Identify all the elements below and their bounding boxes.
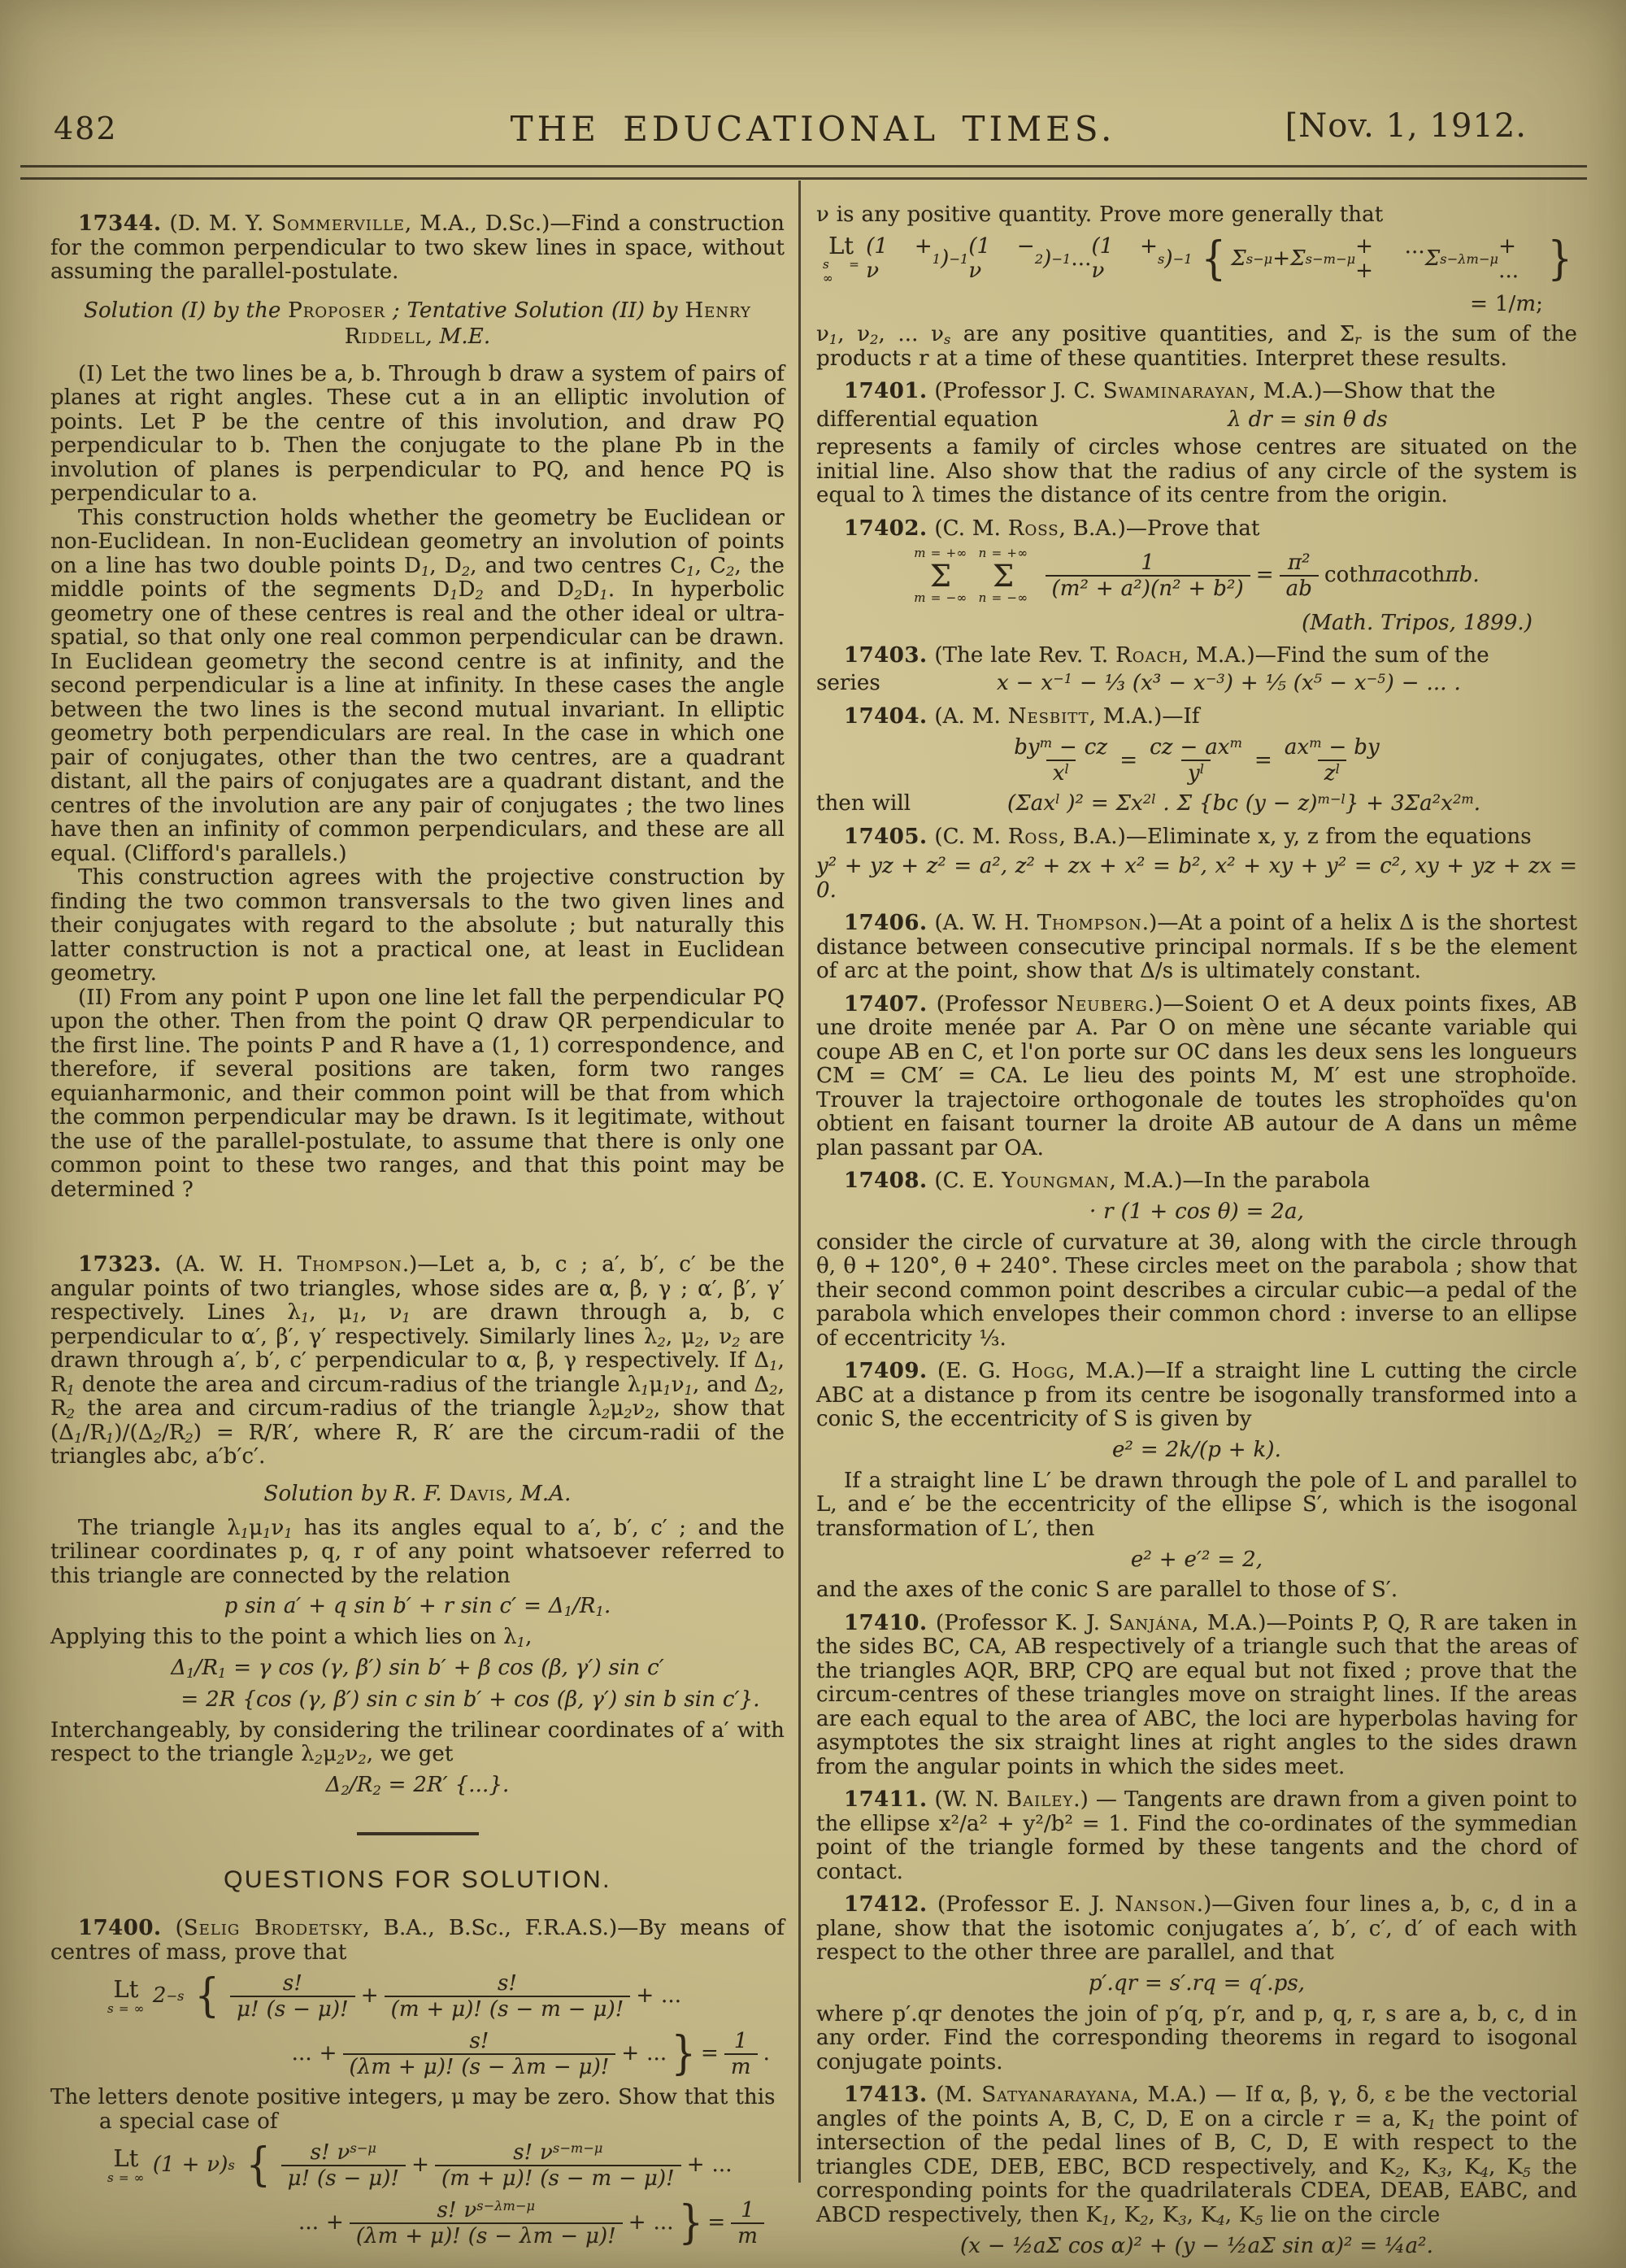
spacer: [50, 350, 785, 363]
denominator: yl: [1181, 760, 1211, 785]
paragraph: This construction agrees with the projec…: [50, 866, 785, 986]
subscript: 1: [301, 1310, 309, 1326]
operator: Lt: [113, 1977, 138, 2001]
left-column: 17344. (D. M. Y. Sommerville, M.A., D.Sc…: [50, 203, 785, 2255]
denominator: μ! (s − μ)!: [281, 2165, 406, 2190]
numerator: 1: [1134, 551, 1161, 575]
fraction: s!(λm + μ)! (s − λm − μ)!: [343, 2030, 616, 2079]
math-text: l: [1336, 761, 1340, 777]
author-name: Ross: [1008, 825, 1059, 849]
big-brace: }: [1548, 239, 1572, 280]
math-text: m: [737, 2224, 758, 2248]
numerator: axm − by: [1278, 736, 1386, 760]
lower-limit: n = −∞: [979, 591, 1028, 605]
math-text: cz: [1085, 735, 1107, 760]
math-text: π²: [1288, 551, 1311, 575]
subscript: 1: [596, 1604, 604, 1619]
formula-line: Lts = ∞(1 + ν)s{s! νs−μμ! (s − μ)! + s! …: [50, 2140, 785, 2192]
journal-page: 482 THE EDUCATIONAL TIMES. [Nov. 1, 1912…: [0, 0, 1626, 2268]
fraction: cz − axmyl: [1143, 736, 1249, 785]
math-text: (1 − ν: [968, 235, 1034, 283]
math-text: (m + μ)! (s − m − μ)!: [441, 2166, 675, 2191]
math-text: ... +: [292, 2042, 337, 2066]
lower-limit: s = ∞: [107, 2002, 145, 2016]
math-text: by: [1014, 735, 1040, 760]
denominator: ab: [1280, 575, 1319, 600]
math-text: πb.: [1445, 564, 1479, 588]
math-text: Σ: [1425, 247, 1440, 272]
author-name: Hogg: [1011, 1359, 1068, 1383]
formula-line: bym − czxl = cz − axmyl = axm − byzl: [816, 734, 1577, 786]
formula-text: (x − ½aΣ cos α)² + (y − ½aΣ sin α)² = ¼a…: [960, 2235, 1433, 2259]
problem-17405: 17405. (C. M. Ross, B.A.)—Eliminate x, y…: [816, 825, 1577, 850]
superscript: m−l: [1318, 791, 1346, 807]
problem-number: 17408.: [844, 1169, 928, 1193]
superscript: s−λm−μ: [476, 2198, 535, 2214]
display-formula: (x − ½aΣ cos α)² + (y − ½aΣ sin α)² = ¼a…: [816, 2233, 1577, 2259]
issue-date: [Nov. 1, 1912.: [1285, 107, 1527, 145]
problem-number: 17412.: [844, 1892, 928, 1917]
numerator: 1: [734, 2199, 761, 2222]
math-text: Σ: [1231, 247, 1246, 272]
spacer: [50, 1895, 785, 1908]
subscript: s: [944, 332, 950, 347]
problem-number: 17404.: [844, 704, 928, 729]
superscript: s−μ: [350, 2140, 376, 2156]
author-name: Neuberg: [1056, 992, 1147, 1016]
separator-rule: [357, 1832, 479, 1835]
subscript: 2: [646, 1406, 654, 1421]
numerator: s!: [463, 2030, 495, 2053]
denominator: (λm + μ)! (s − λm − μ)!: [343, 2053, 616, 2079]
problem-17410: 17410. (Professor K. J. Sanjána, M.A.)—P…: [816, 1612, 1577, 1780]
subscript: 2: [870, 332, 878, 347]
author-name: Sanjána: [1109, 1611, 1193, 1635]
math-text: s−λm−μ: [476, 2198, 535, 2214]
fraction: 1m: [731, 2199, 764, 2248]
math-text: (1 + ν: [1091, 235, 1157, 283]
formula-text: Δ1/R1 = γ cos (γ, β′) sin b′ + β cos (β,…: [171, 1656, 664, 1681]
paragraph: If a straight line L′ be drawn through t…: [816, 1469, 1577, 1542]
math-text: −1: [1051, 251, 1071, 267]
attribution: (Math. Tripos, 1899.): [816, 611, 1577, 635]
display-formula: p′.qr = s′.rq = q′.ps,: [816, 1971, 1577, 1997]
formula-text: = 2R {cos (γ, β′) sin c sin b′ + cos (β,…: [180, 1688, 759, 1713]
spacer: [50, 1507, 785, 1517]
math-text: s−μ: [350, 2140, 376, 2156]
superscript: −5: [1367, 671, 1386, 686]
subscript: 2: [476, 587, 484, 603]
subscript: 1: [263, 1526, 271, 1541]
math-text: +: [1272, 247, 1290, 272]
superscript: m: [1040, 735, 1052, 751]
math-text: −s: [166, 1988, 184, 2004]
display-formula: e² + e′² = 2,: [816, 1547, 1577, 1573]
math-text: coth: [1398, 564, 1446, 588]
math-text: m: [731, 2055, 751, 2079]
math-text: + ...: [628, 2211, 674, 2235]
math-text: −: [1322, 735, 1354, 760]
numerator: s!: [276, 1972, 309, 1996]
formula-text: λ dr = sin θ ds: [1038, 408, 1577, 433]
math-text: z: [1324, 761, 1336, 786]
superscript: l: [1200, 761, 1204, 777]
denominator: (m + μ)! (s − m − μ)!: [385, 1996, 631, 2021]
math-text: =: [701, 2042, 719, 2066]
formula-text: p sin a′ + q sin b′ + r sin c′ = Δ1/R1.: [224, 1595, 611, 1619]
formula-line: = 1/m ;: [816, 291, 1577, 317]
subscript: 1: [517, 1635, 525, 1650]
subscript: 1: [685, 1382, 693, 1398]
subscript: 2: [769, 1382, 777, 1398]
operator: Σ: [993, 561, 1014, 591]
right-column: ν is any positive quantity. Prove more g…: [816, 203, 1577, 2265]
author-name: Swaminarayan: [1103, 379, 1250, 403]
display-formula: bym − czxl = cz − axmyl = axm − byzl: [816, 734, 1577, 786]
fraction: s!μ! (s − μ)!: [230, 1972, 355, 2021]
author-name: Sommerville: [272, 211, 405, 236]
subscript: 1: [769, 1358, 777, 1373]
subscript: 2: [154, 1430, 162, 1446]
problem-number: 17403.: [844, 643, 928, 668]
display-formula: Δ1/R1 = γ cos (γ, β′) sin b′ + β cos (β,…: [50, 1656, 785, 1682]
spacer: [50, 1804, 785, 1827]
subscript: 5: [1523, 2165, 1531, 2180]
subscript: 2: [1395, 2165, 1403, 2180]
math-text: Σ: [1290, 247, 1305, 272]
math-text: +: [361, 1984, 379, 2009]
formula-text: e² = 2k/(p + k).: [1112, 1439, 1281, 1463]
math-text: =: [1254, 749, 1272, 773]
section-heading: QUESTIONS FOR SOLUTION.: [50, 1868, 785, 1892]
problem-number: 17407.: [844, 992, 928, 1016]
subscript: 4: [1216, 2213, 1224, 2228]
formula-text: Δ2/R2 = 2R′ {...}.: [326, 1774, 510, 1798]
math-text: −: [1173, 735, 1206, 760]
problem-17411: 17411. (W. N. Bailey.) — Tangents are dr…: [816, 1788, 1577, 1884]
problem-17412: 17412. (Professor E. J. Nanson.)—Given f…: [816, 1893, 1577, 1965]
math-text: + ...: [1498, 235, 1543, 283]
subscript: 1: [600, 587, 608, 603]
superscript: l: [1064, 761, 1068, 777]
subscript: 1: [74, 1430, 82, 1446]
subscript: 2: [67, 1406, 75, 1421]
problem-number: 17411.: [844, 1787, 928, 1812]
denominator: μ! (s − μ)!: [230, 1996, 355, 2021]
problem-number: 17409.: [844, 1359, 928, 1383]
subscript: 1: [106, 1430, 114, 1446]
math-text: 1: [741, 2198, 754, 2222]
operator: Lt: [828, 233, 854, 258]
subscript: 1: [421, 564, 429, 579]
author-name: Nesbitt: [1008, 704, 1089, 729]
display-formula: Lts = ∞(1 + ν)s{s! νs−μμ! (s − μ)! + s! …: [50, 2140, 785, 2249]
subscript: 5: [1255, 2213, 1263, 2228]
superscript: 2l: [1143, 791, 1156, 807]
display-formula: y² + yz + z² = a², z² + zx + x² = b², x²…: [816, 855, 1577, 903]
math-text: (1 + ν): [153, 2153, 228, 2178]
subscript: 1: [241, 1526, 249, 1541]
math-text: .: [763, 2042, 770, 2066]
lower-limit: m = −∞: [914, 591, 967, 605]
subscript: 4: [1480, 2165, 1489, 2180]
math-text: 1: [933, 251, 941, 267]
problem-17402: 17402. (C. M. Ross, B.A.)—Prove that: [816, 517, 1577, 542]
superscript: s−m−μ: [553, 2140, 603, 2156]
math-text: ab: [1286, 577, 1312, 601]
author-name: Nanson: [1115, 1892, 1196, 1917]
subscript: 2: [1140, 2213, 1148, 2228]
numerator: s! νs−λm−μ: [431, 2199, 542, 2222]
math-text: s! ν: [437, 2198, 477, 2222]
fraction: s!(m + μ)! (s − m − μ)!: [385, 1972, 631, 2021]
math-text: =: [707, 2211, 725, 2235]
math-text: s: [228, 2157, 234, 2173]
problem-17344: 17344. (D. M. Y. Sommerville, M.A., D.Sc…: [50, 212, 785, 285]
math-text: πa: [1372, 564, 1398, 588]
math-text: x: [1053, 761, 1065, 786]
denominator: zl: [1318, 760, 1346, 785]
formula-label: differential equation: [816, 408, 1038, 433]
display-formula: m = +∞Σm = −∞n = +∞Σn = −∞1(m² + a²)(n² …: [816, 546, 1577, 605]
superscript: −1: [1053, 671, 1072, 686]
math-text: 1: [1141, 551, 1154, 575]
math-text: ): [941, 247, 949, 272]
fraction: 1m: [724, 2030, 758, 2079]
numerator: 1: [728, 2030, 754, 2053]
lower-limit: s = ∞: [107, 2171, 145, 2185]
paragraph: represents a family of circles whose cen…: [816, 436, 1577, 508]
formula-text: (Σaxl )² = Σx2l . Σ {bc (y − z)m−l} + 3Σ…: [911, 792, 1577, 816]
denominator: xl: [1046, 760, 1076, 785]
math-text: + ...: [636, 1984, 681, 2009]
subscript: 2: [657, 1334, 665, 1350]
subscript: 1: [686, 564, 694, 579]
limit-operator: m = +∞Σm = −∞: [914, 546, 967, 605]
problem-number: 17405.: [844, 825, 928, 849]
display-formula: · r (1 + cos θ) = 2a,: [816, 1199, 1577, 1225]
display-formula: Δ2/R2 = 2R′ {...}.: [50, 1773, 785, 1799]
subscript: 2: [337, 1752, 345, 1767]
operator: Lt: [113, 2146, 138, 2170]
paragraph: Interchangeably, by considering the tril…: [50, 1719, 785, 1767]
author-name: Satyanarayana: [981, 2083, 1132, 2107]
fraction: s! νs−m−μ(m + μ)! (s − m − μ)!: [435, 2141, 681, 2190]
math-text: (m² + a²)(n² + b²): [1052, 577, 1244, 601]
math-text: m: [1230, 735, 1242, 751]
display-formula: Lts = ∞(1 + ν1)−1(1 − ν2)−1 ... (1 + νs)…: [816, 233, 1577, 318]
problem-17407: 17407. (Professor Neuberg.)—Soient O et …: [816, 993, 1577, 1161]
paragraph: ν is any positive quantity. Prove more g…: [816, 203, 1577, 228]
math-text: (m + μ)! (s − m − μ)!: [391, 1997, 624, 2022]
problem-17401: 17401. (Professor J. C. Swaminarayan, M.…: [816, 380, 1577, 404]
formula-line: Lts = ∞2−s{s!μ! (s − μ)! + s!(m + μ)! (s…: [50, 1970, 785, 2022]
math-text: μ! (s − μ)!: [288, 2166, 400, 2191]
superscript: l: [1055, 791, 1059, 807]
spacer: [50, 1469, 785, 1481]
subscript: 1: [352, 1310, 360, 1326]
math-text: s! ν: [513, 2140, 553, 2165]
math-text: s! ν: [311, 2140, 350, 2165]
solution-byline: Solution (I) by the Proposer ; Tentative…: [50, 298, 785, 324]
operator: Σ: [930, 561, 951, 591]
subscript: 3: [1178, 2213, 1186, 2228]
paragraph: and the axes of the conic S are parallel…: [816, 1578, 1577, 1603]
superscript: 2m: [1453, 791, 1474, 807]
subscript: 2: [574, 587, 582, 603]
fraction: s! νs−μμ! (s − μ)!: [281, 2141, 406, 2190]
math-text: by: [1354, 735, 1380, 760]
math-text: 2: [153, 1984, 167, 2009]
author-name: Riddell: [345, 324, 426, 349]
display-formula: = 2R {cos (γ, β′) sin c sin b′ + cos (β,…: [50, 1687, 785, 1713]
author-name: Youngman: [1002, 1169, 1109, 1193]
author-name: Roach: [1115, 643, 1182, 668]
math-text: ax: [1205, 735, 1229, 760]
math-text: (λm + μ)! (s − λm − μ)!: [350, 2055, 610, 2079]
math-text: coth: [1324, 564, 1372, 588]
problem-number: 17410.: [844, 1611, 928, 1635]
author-name: Henry: [685, 298, 750, 323]
subscript: 1: [450, 587, 458, 603]
math-text: m: [1040, 735, 1052, 751]
big-brace: }: [672, 2034, 696, 2074]
subscript: 1: [284, 1526, 292, 1541]
author-name: Thompson: [1037, 911, 1142, 935]
fraction: axm − byzl: [1278, 736, 1386, 785]
math-text: ax: [1285, 735, 1309, 760]
formula-text: y² + yz + z² = a², z² + zx + x² = b², x²…: [816, 855, 1577, 903]
math-text: l: [1200, 761, 1204, 777]
denominator: m: [724, 2053, 758, 2079]
problem-17400: 17400. (Selig Brodetsky, B.A., B.Sc., F.…: [50, 1917, 785, 1965]
lower-limit: s = ∞: [823, 258, 859, 286]
formula-line: then will(Σaxl )² = Σx2l . Σ {bc (y − z)…: [816, 792, 1577, 816]
math-text: + ... +: [1355, 235, 1425, 283]
subscript: 1: [218, 1665, 226, 1681]
subscript: 1: [1102, 2213, 1110, 2228]
math-text: l: [1064, 761, 1068, 777]
math-text: ... +: [298, 2211, 344, 2235]
paragraph: where p′.qr denotes the join of p′q, p′r…: [816, 2003, 1577, 2075]
subscript: 3: [1438, 2165, 1446, 2180]
math-text: cz: [1150, 735, 1172, 760]
formula-label: series: [816, 672, 880, 696]
limit-operator: Lts = ∞: [107, 2146, 145, 2185]
paragraph: (II) From any point P upon one line let …: [50, 986, 785, 1203]
problem-17409: 17409. (E. G. Hogg, M.A.)—If a straight …: [816, 1360, 1577, 1432]
problem-number: 17344.: [78, 211, 162, 236]
subscript: 2: [315, 1752, 323, 1767]
formula-line: m = +∞Σm = −∞n = +∞Σn = −∞1(m² + a²)(n² …: [816, 546, 1577, 605]
formula-line: Lts = ∞(1 + ν1)−1(1 − ν2)−1 ... (1 + νs)…: [816, 233, 1577, 286]
subscript: 1: [402, 1310, 411, 1326]
denominator: (λm + μ)! (s − λm − μ)!: [350, 2222, 623, 2248]
solution-byline: Solution by R. F. Davis, M.A.: [50, 1481, 785, 1507]
problem-17404: 17404. (A. M. Nesbitt, M.A.)—If: [816, 705, 1577, 729]
subscript: 2: [602, 1406, 610, 1421]
spacer: [50, 1840, 785, 1865]
paragraph: ν1, ν2, ... νs are any positive quantiti…: [816, 323, 1577, 371]
numerator: bym − cz: [1007, 736, 1114, 760]
math-text: = 1/: [1470, 293, 1515, 317]
paragraph: a special case of: [50, 2110, 785, 2135]
math-text: ;: [1536, 293, 1543, 317]
numerator: s!: [491, 1972, 524, 1996]
author-name: Bailey: [1006, 1787, 1073, 1812]
problem-17408: 17408. (C. E. Youngman, M.A.)—In the par…: [816, 1169, 1577, 1194]
problem-17403: 17403. (The late Rev. T. Roach, M.A.)—Fi…: [816, 644, 1577, 668]
big-brace: {: [1202, 239, 1226, 280]
display-formula: Lts = ∞2−s{s!μ! (s − μ)! + s!(m + μ)! (s…: [50, 1970, 785, 2080]
math-text: s−λm−μ: [1440, 251, 1498, 267]
author-name: Thompson: [298, 1252, 402, 1277]
problem-number: 17406.: [844, 911, 928, 935]
column-divider: [798, 181, 801, 2183]
header-rule: [20, 165, 1587, 180]
paragraph: Applying this to the point a which lies …: [50, 1626, 785, 1650]
paragraph: (I) Let the two lines be a, b. Through b…: [50, 363, 785, 507]
paragraph: The triangle λ1μ1ν1 has its angles equal…: [50, 1517, 785, 1589]
math-text: =: [1120, 749, 1137, 773]
math-text: 2: [1035, 251, 1043, 267]
subscript: 2: [462, 564, 470, 579]
paragraph: The letters denote positive integers, μ …: [50, 2086, 785, 2110]
math-text: −: [1052, 735, 1085, 760]
math-text: +: [411, 2153, 429, 2178]
math-text: s!: [469, 2029, 489, 2053]
math-text: ...: [1071, 247, 1091, 272]
spacer: [50, 1202, 785, 1244]
math-text: m: [1309, 735, 1321, 751]
subscript: 2: [372, 1783, 380, 1798]
formula-line: differential equationλ dr = sin θ ds: [816, 408, 1577, 433]
limit-operator: Lts = ∞: [823, 233, 859, 286]
math-text: ): [1164, 247, 1172, 272]
fraction: bym − czxl: [1007, 736, 1114, 785]
numerator: cz − axm: [1143, 736, 1249, 760]
superscript: m: [1309, 735, 1321, 751]
math-text: s−m−μ: [553, 2140, 603, 2156]
limit-operator: Lts = ∞: [107, 1977, 145, 2016]
math-text: s!: [498, 1971, 517, 1996]
problem-17323: 17323. (A. W. H. Thompson.)—Let a, b, c …: [50, 1253, 785, 1469]
display-formula: p sin a′ + q sin b′ + r sin c′ = Δ1/R1.: [50, 1594, 785, 1620]
big-brace: }: [678, 2203, 702, 2244]
math-text: s!: [283, 1971, 302, 1996]
subscript: 1: [829, 332, 837, 347]
math-text: s−μ: [1246, 251, 1273, 267]
numerator: s! νs−m−μ: [506, 2141, 609, 2165]
big-brace: {: [195, 1976, 220, 2017]
math-text: s−m−μ: [1306, 251, 1356, 267]
superscript: m: [1230, 735, 1242, 751]
author-name: Proposer: [288, 298, 385, 323]
math-text: (1 + ν: [866, 235, 932, 283]
math-text: + ...: [621, 2042, 667, 2066]
superscript: −3: [1206, 671, 1225, 686]
formula-text: · r (1 + cos θ) = 2a,: [1089, 1200, 1304, 1225]
subscript: 1: [186, 1665, 194, 1681]
paragraph: consider the circle of curvature at 3θ, …: [816, 1231, 1577, 1352]
formula-text: x − x−1 − ⅓ (x³ − x−3) + ⅕ (x⁵ − x−5) − …: [880, 672, 1577, 696]
fraction: π²ab: [1280, 551, 1319, 600]
subscript: 2: [726, 564, 734, 579]
problem-number: 17402.: [844, 516, 928, 541]
math-text: y: [1188, 761, 1200, 786]
subscript: 1: [67, 1382, 75, 1398]
math-text: −1: [1173, 251, 1193, 267]
